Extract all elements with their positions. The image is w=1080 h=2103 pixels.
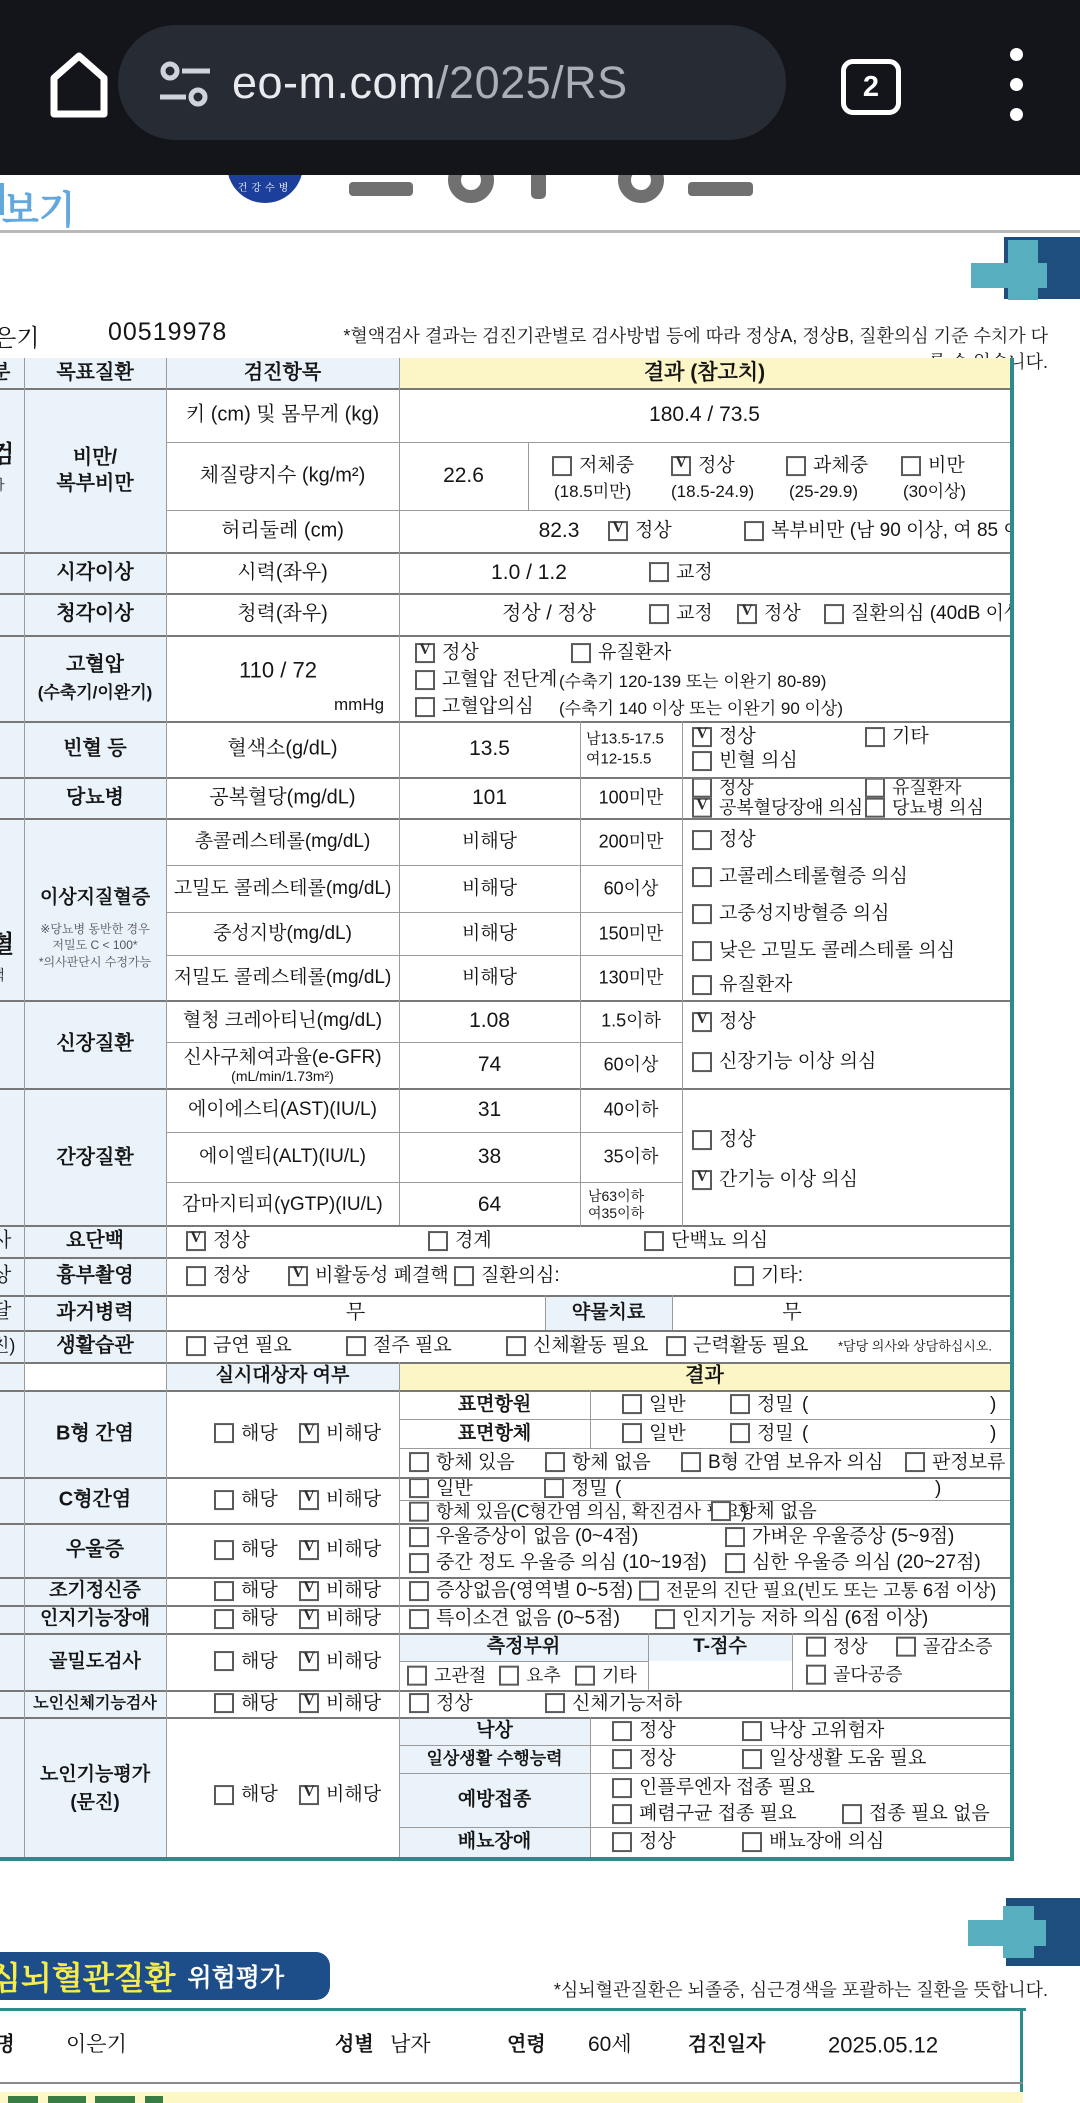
- checkbox-요추[interactable]: 요추: [499, 1665, 561, 1686]
- checkbox-비해당[interactable]: V비해당: [299, 1693, 381, 1715]
- checkbox-label: 정상: [719, 1011, 756, 1033]
- checkbox-icon: [806, 1637, 826, 1657]
- checkbox-icon: [725, 1553, 745, 1573]
- exam-height-weight: 키 (cm) 및 몸무게 (kg): [166, 388, 399, 442]
- cell-text: 목표질환: [56, 362, 133, 385]
- checkbox-신장기능 이상 의심[interactable]: 신장기능 이상 의심: [692, 1051, 876, 1073]
- row-label-chest-xray: 흉부촬영: [24, 1257, 166, 1295]
- checkbox-비해당[interactable]: V비해당: [299, 1651, 381, 1673]
- cell-text: B형 간염: [56, 1422, 134, 1445]
- row-label-dyslipidemia: 이상지질혈증※당뇨병 동반한 경우저밀도 C < 100**의사판단시 수정가능: [24, 818, 166, 1000]
- checkbox-icon: [896, 1637, 916, 1657]
- row-label-senior-eval: 노인기능평가(문진): [24, 1717, 166, 1857]
- value-creatinine: 1.08: [399, 1000, 580, 1042]
- row-label-lifestyle: 생활습관: [24, 1330, 166, 1362]
- cell-text: 흉부촬영: [56, 1265, 133, 1288]
- cell-text: ): [990, 1423, 996, 1445]
- checkbox-정상[interactable]: V정상: [415, 642, 479, 664]
- checkbox-label: 가벼운 우울증상 (5~9점): [752, 1526, 954, 1548]
- checks-surface-antigen: 일반정밀(): [590, 1390, 1010, 1419]
- checkbox-label: 유질환자: [719, 974, 792, 996]
- row-label-depression: 우울증: [24, 1523, 166, 1577]
- checkbox-심한 우울증 의심 (20~27점)[interactable]: 심한 우울증 의심 (20~27점): [725, 1552, 981, 1574]
- checkbox-label: 정밀: [757, 1423, 794, 1445]
- banner-subtitle: 위험평가: [187, 1958, 284, 1994]
- target-hepatitis-c: 해당V비해당: [166, 1477, 399, 1523]
- checkbox-label: 경계: [455, 1230, 492, 1252]
- checkbox-정상[interactable]: 정상: [692, 778, 754, 799]
- checkbox-골다공증[interactable]: 골다공증: [806, 1665, 903, 1686]
- ref-hdl: 60이상: [580, 865, 682, 912]
- checkbox-icon: [730, 1424, 750, 1444]
- checkbox-정상[interactable]: V정상: [186, 1230, 250, 1252]
- checkbox-고중성지방혈증 의심[interactable]: 고중성지방혈증 의심: [692, 903, 889, 925]
- checkbox-정상[interactable]: 정상: [806, 1637, 868, 1658]
- cell-text: 에이에스티(AST)(IU/L): [188, 1099, 377, 1121]
- cell-text: 결과: [685, 1365, 724, 1388]
- checkbox-경계[interactable]: 경계: [428, 1230, 492, 1252]
- col-header2-spacer: [24, 1362, 166, 1390]
- checkbox-낮은 고밀도 콜레스테롤 의심[interactable]: 낮은 고밀도 콜레스테롤 의심: [692, 940, 955, 962]
- checks-depression: 우울증상이 없음 (0~4점)가벼운 우울증상 (5~9점)중간 정도 우울증 …: [399, 1523, 1010, 1577]
- row-label-hearing: 청각이상: [24, 593, 166, 635]
- checkbox-label: 비해당: [326, 1608, 381, 1630]
- exam-ast: 에이에스티(AST)(IU/L): [166, 1088, 399, 1132]
- checkbox-비해당[interactable]: V비해당: [299, 1580, 381, 1602]
- checkbox-중간 정도 우울증 의심 (10~19점)[interactable]: 중간 정도 우울증 의심 (10~19점): [409, 1552, 707, 1574]
- checked-checkbox-icon: V: [692, 727, 712, 747]
- checkbox-전문의 진단 필요(빈도 또는 고통 6점 이상)[interactable]: 전문의 진단 필요(빈도 또는 고통 6점 이상): [639, 1581, 996, 1602]
- checkbox-해당[interactable]: 해당: [214, 1651, 278, 1673]
- checkbox-B형 간염 보유자 의심[interactable]: B형 간염 보유자 의심: [681, 1452, 883, 1474]
- checkbox-간기능 이상 의심[interactable]: V간기능 이상 의심: [692, 1169, 858, 1191]
- checkbox-icon: [734, 1266, 754, 1286]
- checkbox-icon: [214, 1581, 234, 1601]
- patient-name: 이은기: [0, 318, 65, 353]
- row-label-obesity: 비만/복부비만: [24, 388, 166, 552]
- checkbox-당뇨병 의심[interactable]: 당뇨병 의심: [865, 798, 984, 818]
- checkbox-icon: [612, 1749, 632, 1769]
- checkbox-정밀[interactable]: 정밀: [730, 1394, 794, 1416]
- checkbox-비해당[interactable]: V비해당: [299, 1784, 381, 1806]
- cell-text: 고혈압: [66, 654, 124, 677]
- checkbox-label: 우울증상이 없음 (0~4점): [436, 1526, 638, 1548]
- checkbox-항체 없음[interactable]: 항체 없음: [711, 1501, 817, 1523]
- checkbox-label: 단백뇨 의심: [671, 1230, 768, 1252]
- grid-line: [0, 1088, 1010, 1090]
- checkbox-label: 질환의심:: [481, 1265, 560, 1287]
- checkbox-가벼운 우울증상 (5~9점)[interactable]: 가벼운 우울증상 (5~9점): [725, 1526, 954, 1548]
- checkbox-질환의심:[interactable]: 질환의심:: [454, 1265, 560, 1287]
- cell-text: 사: [0, 477, 5, 493]
- checkbox-icon: [692, 975, 712, 995]
- checkbox-icon: [711, 1502, 731, 1522]
- cell-text: 22.6: [443, 464, 484, 488]
- checkbox-신체기능저하[interactable]: 신체기능저하: [545, 1693, 682, 1715]
- row-label-cognitive: 인지기능장애: [24, 1605, 166, 1633]
- cell-text: 1.08: [469, 1009, 510, 1033]
- checkbox-label: 해당: [241, 1489, 278, 1511]
- value-fasting-glucose: 101: [399, 777, 580, 818]
- cell-text: ): [935, 1478, 941, 1500]
- ref-creatinine: 1.5이하: [580, 1000, 682, 1042]
- checkbox-icon: [186, 1266, 206, 1286]
- checkbox-유질환자[interactable]: 유질환자: [865, 778, 962, 799]
- cell-text: (25-29.9): [789, 482, 858, 502]
- checkbox-정상[interactable]: 정상: [692, 1129, 756, 1151]
- checkbox-label: 전문의 진단 필요(빈도 또는 고통 6점 이상): [666, 1581, 996, 1602]
- checkbox-정상[interactable]: 정상: [409, 1693, 473, 1715]
- checkbox-정상[interactable]: V정상: [692, 726, 756, 748]
- checkbox-icon: [639, 1581, 659, 1601]
- checks-dyslipidemia: 정상고콜레스테롤혈증 의심고중성지방혈증 의심낮은 고밀도 콜레스테롤 의심유질…: [682, 818, 1010, 1000]
- checkbox-icon: [545, 1694, 565, 1714]
- cell-text: 시력(좌우): [237, 561, 328, 584]
- checkbox-기타[interactable]: 기타: [575, 1665, 637, 1686]
- checkbox-icon: [575, 1666, 595, 1686]
- checkbox-label: 고콜레스테롤혈증 의심: [719, 866, 908, 888]
- checkbox-icon: [612, 1721, 632, 1741]
- checks-early-psychosis: 증상없음(영역별 0~5점)전문의 진단 필요(빈도 또는 고통 6점 이상): [399, 1577, 1010, 1605]
- checks-urination: 정상배뇨장애 의심: [590, 1827, 1010, 1857]
- checkbox-항체 있음(C형간염 의심, 확진검사 필요)[interactable]: 항체 있음(C형간염 의심, 확진검사 필요): [409, 1501, 747, 1522]
- checkbox-label: 일반: [649, 1394, 686, 1416]
- checks-vaccination: 인플루엔자 접종 필요폐렴구균 접종 필요접종 필요 없음: [590, 1773, 1010, 1827]
- checkbox-해당[interactable]: 해당: [214, 1423, 278, 1445]
- checkbox-해당[interactable]: 해당: [214, 1608, 278, 1630]
- cell-text: 노인기능평가: [40, 1764, 150, 1786]
- exam-vision: 시력(좌우): [166, 552, 399, 593]
- checks-bone-result: 정상골감소증골다공증: [792, 1633, 1010, 1690]
- exam-hdl: 고밀도 콜레스테롤(mg/dL): [166, 865, 399, 912]
- value-past-history: 무: [166, 1295, 545, 1330]
- grid-line: [0, 1523, 1010, 1525]
- checkbox-유질환자[interactable]: 유질환자: [571, 642, 671, 664]
- grid-line: [399, 1448, 1010, 1449]
- checkbox-해당[interactable]: 해당: [214, 1784, 278, 1806]
- checkbox-label: 금연 필요: [213, 1335, 292, 1357]
- checkbox-label: 정밀: [571, 1478, 608, 1500]
- checkbox-금연 필요[interactable]: 금연 필요: [186, 1335, 292, 1357]
- checkbox-label: 일상생활 도움 필요: [769, 1748, 926, 1770]
- checks-vision: 1.0 / 1.2교정: [399, 552, 1010, 593]
- checkbox-인플루엔자 접종 필요[interactable]: 인플루엔자 접종 필요: [612, 1777, 815, 1799]
- checkbox-해당[interactable]: 해당: [214, 1693, 278, 1715]
- grid-line: [0, 1690, 1010, 1692]
- checked-checkbox-icon: V: [299, 1785, 319, 1805]
- label-adl: 일상생활 수행능력: [399, 1745, 590, 1773]
- exam-ggtp: 감마지티피(γGTP)(IU/L): [166, 1182, 399, 1227]
- cell-text: 예방접종: [458, 1789, 531, 1811]
- row-label-diabetes: 당뇨병: [24, 777, 166, 818]
- grid-line: [399, 1500, 1010, 1501]
- checkbox-icon: [622, 1424, 642, 1444]
- col-header-exam-item: 검진항목: [166, 358, 399, 388]
- checkbox-icon: [409, 1553, 429, 1573]
- tab-switcher-button[interactable]: 2: [841, 59, 901, 115]
- grid-line: [0, 1225, 1010, 1227]
- checkbox-정상[interactable]: 정상: [612, 1831, 676, 1853]
- cell-text: 약물치료: [572, 1302, 645, 1324]
- cell-text: 비만/: [73, 447, 117, 470]
- cell-text: 노인신체기능검사: [33, 1694, 157, 1712]
- checkbox-일반[interactable]: 일반: [409, 1478, 473, 1500]
- row-label-anemia: 빈혈 등: [24, 721, 166, 777]
- cell-text: 배뇨장애: [458, 1831, 531, 1853]
- checked-checkbox-icon: V: [692, 1170, 712, 1190]
- checkbox-정상[interactable]: V정상: [737, 603, 801, 625]
- ref-fasting-glucose: 100미만: [580, 777, 682, 818]
- cell-text: 복부비만: [56, 473, 133, 496]
- checkbox-낙상 고위험자[interactable]: 낙상 고위험자: [742, 1720, 884, 1742]
- checkbox-icon: [346, 1336, 366, 1356]
- ref-ldl: 130미만: [580, 955, 682, 1000]
- checkbox-증상없음(영역별 0~5점)[interactable]: 증상없음(영역별 0~5점): [409, 1580, 633, 1602]
- checkbox-비만[interactable]: 비만: [901, 455, 965, 477]
- checkbox-icon: [214, 1490, 234, 1510]
- checkbox-해당[interactable]: 해당: [214, 1489, 278, 1511]
- cell-text: 101: [472, 785, 507, 809]
- checkbox-정상[interactable]: 정상: [692, 829, 756, 851]
- checkbox-과체중[interactable]: 과체중: [786, 455, 868, 477]
- grid-line: [399, 1745, 1010, 1746]
- grid-line: [0, 1330, 1010, 1332]
- checkbox-icon: [842, 1804, 862, 1824]
- tab-count: 2: [863, 71, 879, 104]
- checkbox-label: 특이소견 없음 (0~5점): [436, 1608, 620, 1630]
- cell-text: 여12-15.5: [586, 750, 651, 767]
- checkbox-label: 교정: [676, 603, 713, 625]
- cell-text: 요단백: [66, 1230, 124, 1253]
- checkbox-label: 해당: [241, 1580, 278, 1602]
- checkbox-해당[interactable]: 해당: [214, 1539, 278, 1561]
- checkbox-label: 정밀: [757, 1394, 794, 1416]
- grid-line: [0, 1633, 1010, 1635]
- footer-name-label: 성명이은기성별남자연령60세검진일자2025.05.12: [0, 2008, 1023, 2082]
- grid-line: [24, 358, 25, 1857]
- checkbox-label: 복부비만 (남 90 이상, 여 85 이상): [771, 520, 1010, 542]
- cell-text: 우울증: [66, 1539, 124, 1562]
- checkbox-label: 일반: [649, 1423, 686, 1445]
- cell-text: 혈청 크레아티닌(mg/dL): [183, 1010, 382, 1032]
- checked-checkbox-icon: V: [692, 798, 712, 818]
- checkbox-label: 비활동성 폐결핵: [315, 1265, 449, 1287]
- exam-egfr: 신사구체여과율(e-GFR)(mL/min/1.73m²): [166, 1042, 399, 1088]
- checkbox-단백뇨 의심[interactable]: 단백뇨 의심: [644, 1230, 768, 1252]
- row-label-hepatitis-b: B형 간염: [24, 1390, 166, 1477]
- checkbox-해당[interactable]: 해당: [214, 1580, 278, 1602]
- hospital-seal-logo: 건강수병: [227, 175, 303, 203]
- checkbox-label: 해당: [241, 1539, 278, 1561]
- checkbox-복부비만 (남 90 이상, 여 85 이상)[interactable]: 복부비만 (남 90 이상, 여 85 이상): [744, 520, 1010, 542]
- cell-text: 38: [478, 1145, 501, 1169]
- checkbox-label: 항체 있음: [436, 1452, 515, 1474]
- checkbox-정밀[interactable]: 정밀: [544, 1478, 608, 1500]
- checkbox-골감소증[interactable]: 골감소증: [896, 1637, 993, 1658]
- cell-text: 상: [0, 1265, 11, 1288]
- checkbox-icon: [545, 1453, 565, 1473]
- checkbox-정상[interactable]: V정상: [692, 1011, 756, 1033]
- checkbox-label: 배뇨장애 의심: [769, 1831, 884, 1853]
- checkbox-항체 없음[interactable]: 항체 없음: [545, 1452, 651, 1474]
- checkbox-label: 정상: [442, 642, 479, 664]
- checkbox-label: 절주 필요: [373, 1335, 452, 1357]
- cell-text: 혈색소(g/dL): [227, 738, 337, 761]
- checkbox-접종 필요 없음[interactable]: 접종 필요 없음: [842, 1803, 990, 1825]
- cell-text: (문진): [70, 1792, 119, 1814]
- checkbox-label: 정상: [635, 520, 672, 542]
- checkbox-label: 비해당: [326, 1423, 381, 1445]
- checkbox-label: 비만: [928, 455, 965, 477]
- target-bone-density: 해당V비해당: [166, 1633, 399, 1690]
- checkbox-인지기능 저하 의심 (6점 이상)[interactable]: 인지기능 저하 의심 (6점 이상): [655, 1608, 928, 1630]
- checkbox-icon: [409, 1479, 429, 1499]
- checkbox-일반[interactable]: 일반: [622, 1394, 686, 1416]
- cell-text: 신사구체여과율(e-GFR): [183, 1047, 381, 1069]
- checkbox-일상생활 도움 필요[interactable]: 일상생활 도움 필요: [742, 1748, 926, 1770]
- checks-hypertension: V정상유질환자고혈압 전단계(수축기 120-139 또는 이완기 80-89)…: [399, 635, 1010, 721]
- checkbox-정상[interactable]: 정상: [612, 1720, 676, 1742]
- checkbox-label: 판정보류: [932, 1452, 1005, 1474]
- checkbox-정상[interactable]: V정상: [608, 520, 672, 542]
- checks-chest-xray: 정상V비활동성 폐결핵질환의심:기타:: [166, 1257, 1010, 1295]
- checkbox-label: 신체기능저하: [572, 1693, 682, 1715]
- checked-checkbox-icon: V: [415, 643, 435, 663]
- checkbox-icon: [612, 1778, 632, 1798]
- cell-text: 무: [346, 1301, 365, 1324]
- checkbox-우울증상이 없음 (0~4점)[interactable]: 우울증상이 없음 (0~4점): [409, 1526, 638, 1548]
- checks-adl: 정상일상생활 도움 필요: [590, 1745, 1010, 1773]
- grid-line: [0, 1717, 1010, 1719]
- title-letter-fragment: [448, 175, 494, 203]
- checkbox-고관절[interactable]: 고관절: [407, 1665, 486, 1686]
- checkbox-비해당[interactable]: V비해당: [299, 1423, 381, 1445]
- url-bar[interactable]: eo-m.com/2025/RS: [118, 25, 786, 140]
- cell-text: (수축기/이완기): [38, 683, 153, 703]
- checkbox-빈혈 의심[interactable]: 빈혈 의심: [692, 750, 798, 772]
- grid-line: [648, 1633, 649, 1690]
- cell-text: 연령: [507, 2034, 546, 2057]
- cell-text: 110 / 72: [239, 657, 317, 682]
- cell-text: 공복혈당(mg/dL): [209, 786, 355, 809]
- checkbox-icon: [214, 1540, 234, 1560]
- checkbox-기타:[interactable]: 기타:: [734, 1265, 803, 1287]
- checkbox-기타[interactable]: 기타: [865, 726, 929, 748]
- checkbox-label: 근력활동 필요: [693, 1335, 808, 1357]
- checkbox-icon: [499, 1666, 519, 1686]
- checkbox-label: 비해당: [326, 1693, 381, 1715]
- grid-line: [166, 442, 1010, 443]
- label-falls: 낙상: [399, 1717, 590, 1745]
- cell-text: 검진일자: [688, 2034, 765, 2057]
- checkbox-정밀[interactable]: 정밀: [730, 1423, 794, 1445]
- checkbox-교정[interactable]: 교정: [649, 562, 713, 584]
- checkbox-label: 교정: [676, 562, 713, 584]
- checkbox-근력활동 필요[interactable]: 근력활동 필요: [666, 1335, 808, 1357]
- cell-text: 남13.5-17.5: [586, 730, 664, 747]
- checkbox-정상[interactable]: 정상: [186, 1265, 250, 1287]
- cardio-risk-banner: 심뇌혈관질환 위험평가: [0, 1952, 330, 2000]
- grid-line: [399, 1362, 400, 1857]
- checkbox-일반[interactable]: 일반: [622, 1423, 686, 1445]
- col-header-result: 결과 (참고치): [399, 358, 1010, 388]
- checkbox-저체중[interactable]: 저체중: [552, 455, 634, 477]
- checkbox-비활동성 폐결핵[interactable]: V비활동성 폐결핵: [288, 1265, 449, 1287]
- cell-text: 허리둘레 (cm): [221, 520, 344, 543]
- value-t-score: [648, 1661, 792, 1690]
- checkbox-절주 필요[interactable]: 절주 필요: [346, 1335, 452, 1357]
- value-ast: 31: [399, 1088, 580, 1132]
- checkbox-label: 인지기능 저하 의심 (6점 이상): [682, 1608, 928, 1630]
- cell-text: 사: [0, 1230, 11, 1253]
- preview-link[interactable]: 보기: [2, 179, 75, 230]
- checkbox-비해당[interactable]: V비해당: [299, 1489, 381, 1511]
- checkbox-icon: [409, 1453, 429, 1473]
- checkbox-공복혈당장애 의심[interactable]: V공복혈당장애 의심: [692, 798, 863, 818]
- checks-falls: 정상낙상 고위험자: [590, 1717, 1010, 1745]
- checkbox-label: 공복혈당장애 의심: [719, 798, 863, 818]
- grid-line: [792, 1633, 793, 1690]
- checkbox-label: 간기능 이상 의심: [719, 1169, 858, 1191]
- checkbox-icon: [824, 604, 844, 624]
- left-stub-column: 검사혈액사상달친): [0, 388, 24, 1857]
- value-blood-pressure: 110 / 72mmHg: [166, 635, 399, 721]
- cell-text: 혈: [0, 931, 14, 959]
- checked-checkbox-icon: V: [737, 604, 757, 624]
- checkbox-icon: [214, 1785, 234, 1805]
- checkbox-유질환자[interactable]: 유질환자: [692, 974, 792, 996]
- checkbox-판정보류[interactable]: 판정보류: [905, 1452, 1005, 1474]
- checkbox-신체활동 필요[interactable]: 신체활동 필요: [506, 1335, 648, 1357]
- ref-alt: 35이하: [580, 1132, 682, 1182]
- checks-hepatitis-c-1: 일반정밀(): [399, 1477, 1010, 1500]
- grid-line: [528, 442, 529, 510]
- home-icon[interactable]: [48, 48, 110, 120]
- checkbox-고혈압 전단계[interactable]: 고혈압 전단계: [415, 669, 557, 691]
- checkbox-고콜레스테롤혈증 의심[interactable]: 고콜레스테롤혈증 의심: [692, 866, 908, 888]
- checkbox-항체 있음[interactable]: 항체 있음: [409, 1452, 515, 1474]
- checkbox-icon: [730, 1395, 750, 1415]
- checkbox-질환의심 (40dB 이상)[interactable]: 질환의심 (40dB 이상): [824, 603, 1010, 625]
- checkbox-정상[interactable]: V정상: [671, 455, 735, 477]
- checkbox-배뇨장애 의심[interactable]: 배뇨장애 의심: [742, 1831, 884, 1853]
- checkbox-icon: [692, 867, 712, 887]
- checkbox-label: 신체활동 필요: [533, 1335, 648, 1357]
- checkbox-label: 낮은 고밀도 콜레스테롤 의심: [719, 940, 955, 962]
- checkbox-비해당[interactable]: V비해당: [299, 1539, 381, 1561]
- checkbox-정상[interactable]: 정상: [612, 1748, 676, 1770]
- checkbox-교정[interactable]: 교정: [649, 603, 713, 625]
- checked-checkbox-icon: V: [299, 1652, 319, 1672]
- grid-line: [399, 1419, 1010, 1420]
- ref-ggtp: 남63이하여35이하: [580, 1182, 682, 1227]
- checkbox-폐렴구균 접종 필요[interactable]: 폐렴구균 접종 필요: [612, 1803, 796, 1825]
- cell-text: 저밀도 콜레스테롤(mg/dL): [174, 967, 392, 989]
- checkbox-특이소견 없음 (0~5점)[interactable]: 특이소견 없음 (0~5점): [409, 1608, 620, 1630]
- cell-text: 남자: [390, 2033, 431, 2057]
- checkbox-label: 비해당: [326, 1580, 381, 1602]
- cell-text: 감마지티피(γGTP)(IU/L): [182, 1194, 382, 1216]
- checks-anemia: V정상빈혈 의심기타: [682, 721, 1010, 777]
- cell-text: 74: [478, 1053, 501, 1077]
- cell-text: 130미만: [599, 967, 664, 988]
- cell-text: 청각이상: [56, 603, 133, 626]
- title-letter-fragment: [688, 182, 753, 196]
- checkbox-label: 항체 없음: [572, 1452, 651, 1474]
- checkbox-비해당[interactable]: V비해당: [299, 1608, 381, 1630]
- checkbox-label: 기타:: [761, 1265, 803, 1287]
- checkbox-고혈압의심[interactable]: 고혈압의심: [415, 696, 534, 718]
